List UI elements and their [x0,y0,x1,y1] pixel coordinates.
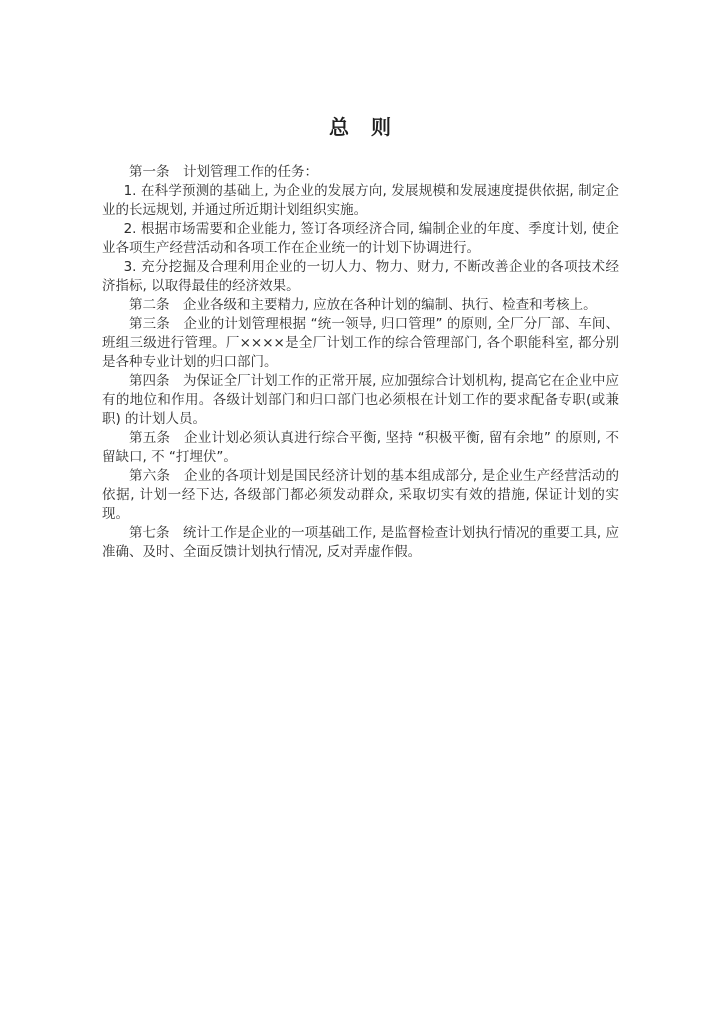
paragraph: 第七条 统计工作是企业的一项基础工作, 是监督检查计划执行情况的重要工具, 应准… [102,524,619,562]
paragraph: 2. 根据市场需要和企业能力, 签订各项经济合同, 编制企业的年度、季度计划, … [102,220,619,258]
paragraph: 1. 在科学预测的基础上, 为企业的发展方向, 发展规模和发展速度提供依据, 制… [102,182,619,220]
document-title: 总 则 [102,111,619,140]
paragraph: 第一条 计划管理工作的任务： [102,163,619,182]
paragraph: 第六条 企业的各项计划是国民经济计划的基本组成部分, 是企业生产经营活动的依据,… [102,467,619,524]
paragraph: 3. 充分挖掘及合理利用企业的一切人力、物力、财力, 不断改善企业的各项技术经济… [102,258,619,296]
paragraph: 第二条 企业各级和主要精力, 应放在各种计划的编制、执行、检查和考核上。 [102,296,619,315]
paragraph: 第四条 为保证全厂计划工作的正常开展, 应加强综合计划机构, 提高它在企业中应有… [102,372,619,429]
document-body: 第一条 计划管理工作的任务：1. 在科学预测的基础上, 为企业的发展方向, 发展… [102,163,619,562]
paragraph: 第三条 企业的计划管理根据 “统一领导, 归口管理” 的原则, 全厂分厂部、车间… [102,315,619,372]
paragraph: 第五条 企业计划必须认真进行综合平衡, 坚持 “积极平衡, 留有余地” 的原则,… [102,429,619,467]
document-page: 总 则 第一条 计划管理工作的任务：1. 在科学预测的基础上, 为企业的发展方向… [102,111,619,562]
